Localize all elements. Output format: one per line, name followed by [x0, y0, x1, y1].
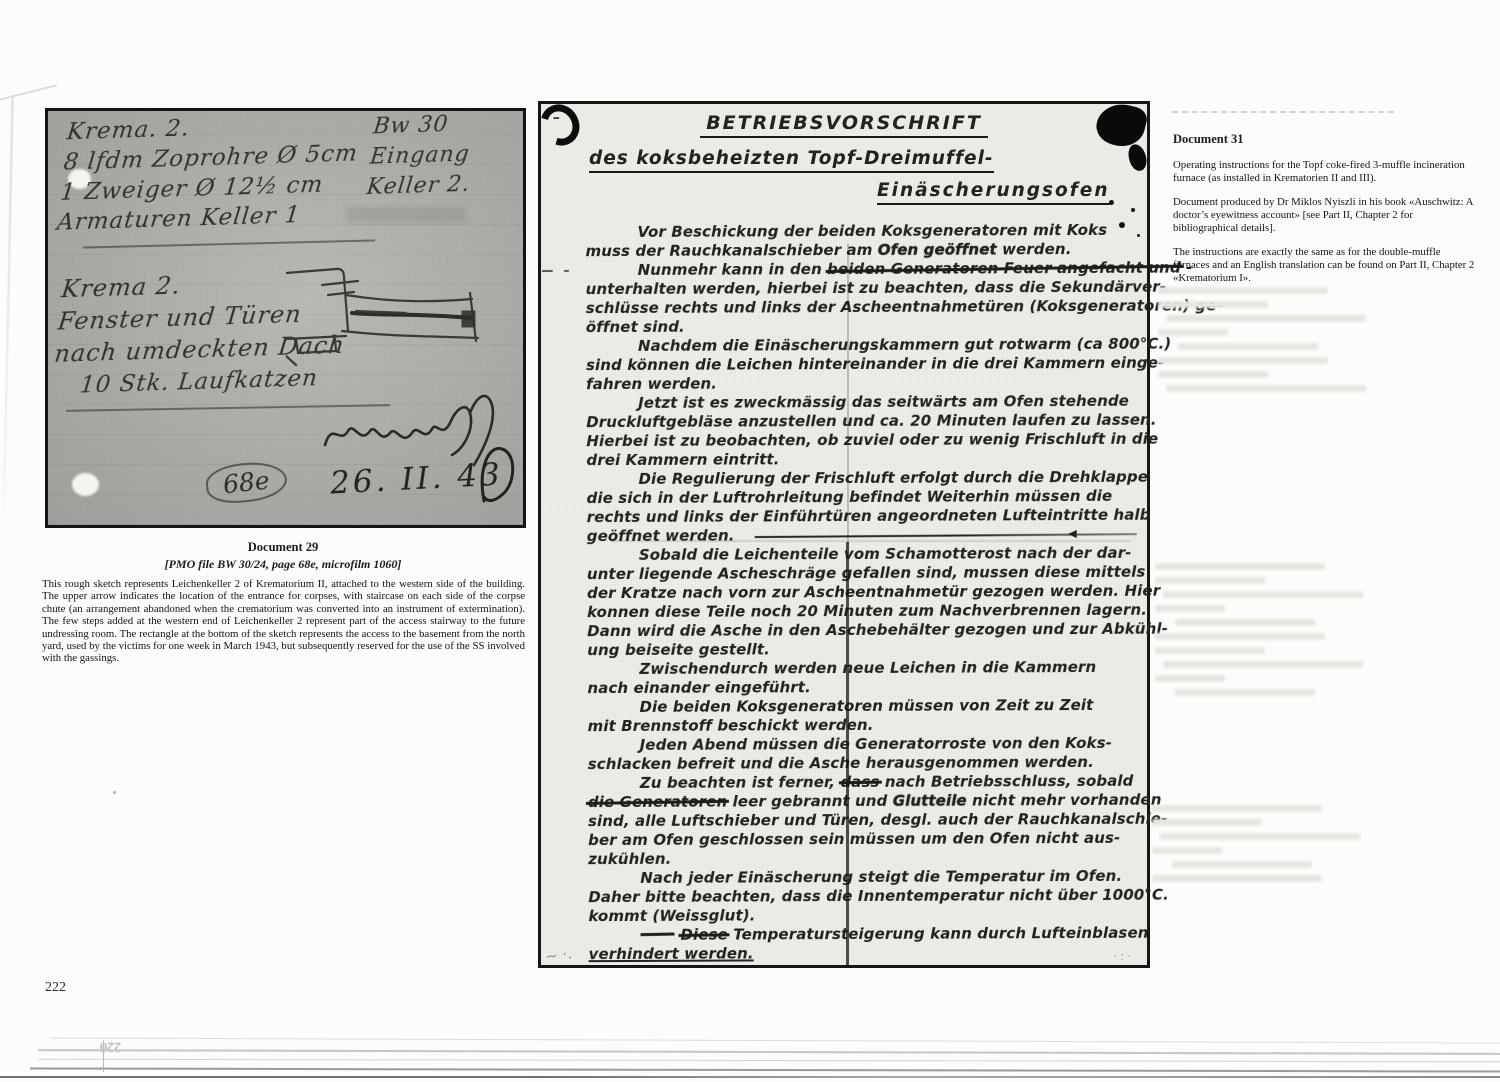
handwriting-corner-note: Bw 30EingangKeller 2. — [365, 109, 478, 203]
bleed-through-text — [1158, 280, 1428, 399]
german-text-line: verhindert werden. — [589, 943, 1123, 964]
fold-crease-vertical — [846, 542, 849, 968]
page-edge-line — [50, 1037, 1500, 1043]
german-text-line: Die beiden Koksgeneratoren müssen von Ze… — [587, 696, 1121, 717]
german-text-line: Druckluftgebläse anzustellen und ca. 20 … — [586, 411, 1120, 432]
german-text-line: nach einander eingeführt. — [587, 677, 1121, 698]
german-text: Vor Beschickung der beiden Koksgenerator… — [585, 221, 1122, 964]
german-text-line: mit Brennstoff beschickt werden. — [588, 715, 1122, 736]
ink-dot — [1109, 200, 1114, 205]
page-edge-line — [38, 1059, 1500, 1063]
german-text-line: die Generatoren leer gebrannt und Glutte… — [588, 791, 1122, 812]
page-edge-tick — [103, 1040, 104, 1072]
german-text-line: geöffnet werden. — [587, 525, 1121, 546]
doc29-caption-header: Document 29 [PMO file BW 30/24, page 68e… — [40, 540, 526, 572]
german-text-line: Diese Temperatursteigerung kann durch Lu… — [588, 924, 1122, 945]
bleed-through-text — [1152, 798, 1422, 889]
german-text-line: ung beiseite gestellt. — [587, 639, 1121, 660]
doc-subtitle-2: Einäscherungsofen — [877, 180, 1110, 205]
german-text-line: der Kratze nach vorn zur Ascheentnahmetü… — [587, 582, 1121, 603]
doc-title-text: BETRIEBSVORSCHRIFT — [700, 112, 988, 138]
german-text-line: muss der Rauchkanalschieber am Ofen geöf… — [585, 240, 1119, 261]
ink-blotch — [1093, 99, 1150, 151]
bleed-through-text — [1155, 556, 1425, 703]
german-text-line: Nachdem die Einäscherungskammern gut rot… — [586, 335, 1120, 356]
german-text-line: fahren werden. — [586, 373, 1120, 394]
german-text-line: Sobald die Leichenteile vom Schamotteros… — [587, 544, 1121, 565]
german-text-line: die sich in der Luftrohrleitung befindet… — [587, 487, 1121, 508]
german-text-line: Vor Beschickung der beiden Koksgenerator… — [585, 221, 1119, 242]
book-page: Krema. 2.8 lfdm Zoprohre Ø 5cm1 Zweiger … — [0, 0, 1500, 1082]
german-text-line: Nach jeder Einäscherung steigt die Tempe… — [588, 867, 1122, 888]
german-text-line: unter liegende Ascheschräge gefallen sin… — [587, 563, 1121, 584]
german-text-line: zukühlen. — [588, 848, 1122, 869]
german-text-line: Dann wird die Asche in den Aschebehälter… — [587, 620, 1121, 641]
operating-instructions-document: – BETRIEBSVORSCHRIFT des koksbeheizten T… — [538, 101, 1150, 968]
ink-dot — [1119, 222, 1125, 228]
doc31-caption-title: Document 31 — [1173, 132, 1243, 147]
fold-crease-vertical — [847, 244, 849, 544]
doc29-caption-source: [PMO file BW 30/24, page 68e, microfilm … — [40, 557, 526, 572]
german-text-line: Jeden Abend müssen die Generatorroste vo… — [588, 734, 1122, 755]
german-text-line: ber am Ofen geschlossen sein müssen um d… — [588, 829, 1122, 850]
doc-subtitle-1: des koksbeheizten Topf-Dreimuffel- — [589, 148, 994, 173]
german-text-line: kommt (Weissglut). — [588, 905, 1122, 926]
doc29-caption-body: This rough sketch represents Leichenkell… — [42, 578, 525, 665]
german-text-line: sind, alle Luftschieber und Türen, desgl… — [588, 810, 1122, 831]
doc29-caption-title: Document 29 — [40, 540, 526, 555]
page-curve-shadow — [2, 96, 13, 536]
doc31-paragraph: Operating instructions for the Topf coke… — [1173, 159, 1476, 185]
document-29-photo: Krema. 2.8 lfdm Zoprohre Ø 5cm1 Zweiger … — [45, 108, 526, 528]
german-text-line: Zwischendurch werden neue Leichen in die… — [587, 658, 1121, 679]
page-number: 222 — [45, 980, 66, 996]
page-edge-line — [38, 1049, 1500, 1055]
ink-dot — [1137, 234, 1140, 237]
german-text-line: konnen diese Teile noch 20 Minuten zum N… — [587, 601, 1121, 622]
german-text-line: schlacken befreit und die Asche herausge… — [588, 753, 1122, 774]
german-text-line: Die Regulierung der Frischluft erfolgt d… — [586, 468, 1120, 489]
ink-dot — [1131, 208, 1135, 212]
handwriting-block-1: Krema. 2.8 lfdm Zoprohre Ø 5cm1 Zweiger … — [56, 108, 363, 238]
german-text-line: unterhalten werden, hierbei ist zu beach… — [586, 278, 1120, 299]
ink-blotch — [1126, 143, 1148, 173]
ink-blotch — [533, 98, 586, 153]
german-text-line: rechts und links der Einführtüren angeor… — [587, 506, 1121, 527]
handwriting-line: Keller 2. — [365, 169, 472, 202]
german-text-line: Jetzt ist es zweckmässig das seitwärts a… — [586, 392, 1120, 413]
handwriting-extra-line: 10 Stk. Laufkatzen — [79, 365, 320, 399]
fold-crease-horizontal — [611, 540, 1131, 542]
doc-title: BETRIEBSVORSCHRIFT — [541, 112, 1147, 134]
doc31-paragraph: Document produced by Dr Miklos Nyiszli i… — [1173, 196, 1476, 235]
page-edge-line — [0, 84, 57, 101]
page-edge-line — [0, 1076, 1500, 1078]
handwriting-line: Eingang — [368, 139, 475, 172]
punch-hole — [72, 473, 99, 496]
german-text-line: Nunmehr kann in den beiden Generatoren F… — [586, 259, 1120, 280]
german-text-line: sind können die Leichen hintereinander i… — [586, 354, 1120, 375]
german-text-line: Zu beachten ist ferner, dass nach Betrie… — [588, 772, 1122, 793]
faint-dashed-rule — [1172, 111, 1394, 113]
german-text-line: öffnet sind. — [586, 316, 1120, 337]
german-text-line: schlüsse rechts und links der Ascheentna… — [586, 297, 1120, 318]
german-text-line: drei Kammern eintritt. — [586, 449, 1120, 470]
german-text-line: Hierbei ist zu beobachten, ob zuviel ode… — [586, 430, 1120, 451]
stamp-smudge — [346, 207, 466, 223]
speck — [113, 791, 116, 794]
pencil-marks: ·:· — [1113, 948, 1134, 964]
german-text-line: Daher bitte beachten, dass die Innentemp… — [588, 886, 1122, 907]
file-number-68e: 68e — [204, 459, 288, 506]
pencil-marks: ~ ·. — [544, 944, 573, 966]
doc31-caption-body: Operating instructions for the Topf coke… — [1173, 159, 1476, 296]
handwriting-line: Bw 30 — [372, 109, 479, 142]
page-edge-line — [30, 1067, 1500, 1072]
leichenkeller-sketch — [286, 239, 486, 367]
